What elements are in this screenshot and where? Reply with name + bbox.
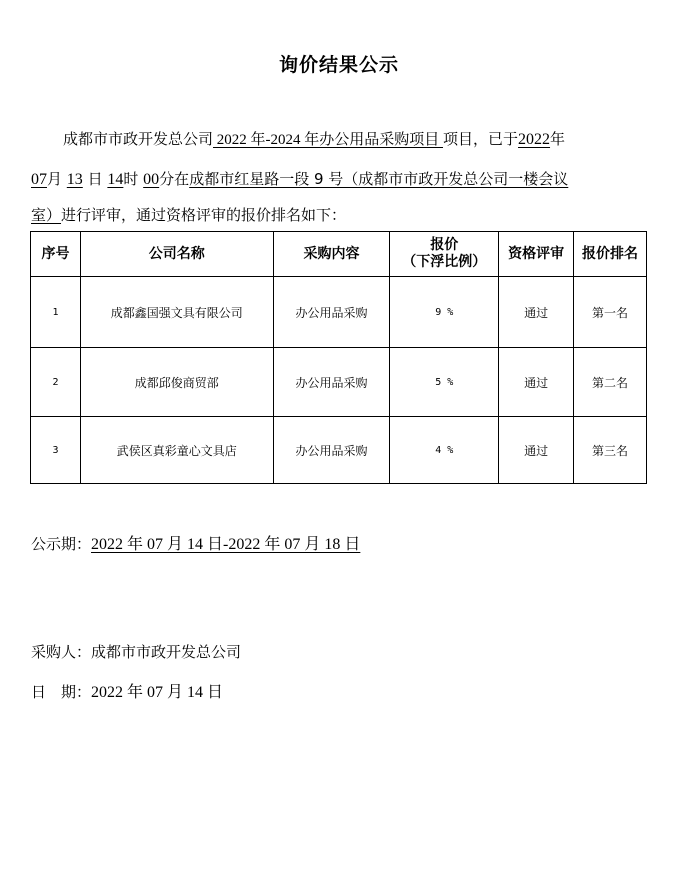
notice-period: 公示期：2022 年 07 月 14 日-2022 年 07 月 18 日 (31, 531, 360, 554)
document-date: 日 期：2022 年 07 月 14 日 (31, 679, 223, 702)
cell-qualification: 通过 (499, 277, 574, 348)
year-suffix: 年 (550, 130, 565, 148)
review-minute: 00 (143, 171, 159, 188)
header-qualification: 资格评审 (499, 232, 574, 277)
date-label: 日 期： (31, 683, 91, 701)
cell-price: 4 % (390, 417, 499, 484)
review-location-end: 室） (31, 206, 61, 224)
header-index: 序号 (31, 232, 81, 277)
header-rank: 报价排名 (574, 232, 647, 277)
intro-line-3: 室）进行评审，通过资格评审的报价排名如下： (31, 197, 346, 233)
cell-company: 成都邱俊商贸部 (80, 348, 273, 417)
purchaser-label: 采购人： (31, 643, 91, 661)
cell-price: 9 % (390, 277, 499, 348)
cell-index: 3 (31, 417, 81, 484)
table-row: 2 成都邱俊商贸部 办公用品采购 5 % 通过 第二名 (31, 348, 647, 417)
notice-period-label: 公示期： (31, 535, 91, 553)
header-price: 报价（下浮比例） (390, 232, 499, 277)
table-row: 3 武侯区真彩童心文具店 办公用品采购 4 % 通过 第三名 (31, 417, 647, 484)
hour-suffix: 时 (123, 170, 138, 188)
intro-text-end: 进行评审，通过资格评审的报价排名如下： (61, 206, 346, 224)
cell-content: 办公用品采购 (273, 277, 390, 348)
cell-content: 办公用品采购 (273, 348, 390, 417)
day-suffix: 日 (88, 170, 103, 188)
cell-qualification: 通过 (499, 348, 574, 417)
purchaser: 采购人：成都市市政开发总公司 (31, 641, 241, 662)
date-value: 2022 年 07 月 14 日 (91, 684, 223, 701)
header-content: 采购内容 (273, 232, 390, 277)
purchaser-value: 成都市市政开发总公司 (91, 643, 241, 661)
results-table: 序号 公司名称 采购内容 报价（下浮比例） 资格评审 报价排名 1 成都鑫国强文… (30, 231, 647, 484)
header-price-line1: 报价 (430, 237, 458, 253)
cell-index: 1 (31, 277, 81, 348)
review-year: 2022 (518, 131, 550, 148)
cell-content: 办公用品采购 (273, 417, 390, 484)
document-title: 询价结果公示 (0, 50, 678, 77)
review-hour: 14 (107, 171, 123, 188)
review-day: 13 (67, 171, 83, 188)
table-row: 1 成都鑫国强文具有限公司 办公用品采购 9 % 通过 第一名 (31, 277, 647, 348)
cell-company: 成都鑫国强文具有限公司 (80, 277, 273, 348)
intro-text: 项目，已于 (443, 130, 518, 148)
buyer-name: 成都市市政开发总公司 (63, 130, 213, 148)
header-price-line2: （下浮比例） (402, 254, 486, 270)
cell-qualification: 通过 (499, 417, 574, 484)
minute-suffix: 分在 (159, 170, 189, 188)
cell-rank: 第一名 (574, 277, 647, 348)
cell-company: 武侯区真彩童心文具店 (80, 417, 273, 484)
cell-rank: 第三名 (574, 417, 647, 484)
intro-line-1: 成都市市政开发总公司 2022 年-2024 年办公用品采购项目 项目，已于20… (63, 121, 565, 157)
table-header-row: 序号 公司名称 采购内容 报价（下浮比例） 资格评审 报价排名 (31, 232, 647, 277)
cell-index: 2 (31, 348, 81, 417)
review-month: 07 (31, 171, 47, 188)
project-name: 2022 年-2024 年办公用品采购项目 (213, 132, 443, 148)
notice-period-value: 2022 年 07 月 14 日-2022 年 07 月 18 日 (91, 536, 360, 553)
month-suffix: 月 (47, 170, 62, 188)
intro-line-2: 07月 13 日 14时 00分在成都市红星路一段 9 号（成都市市政开发总公司… (31, 161, 568, 197)
cell-rank: 第二名 (574, 348, 647, 417)
cell-price: 5 % (390, 348, 499, 417)
header-company: 公司名称 (80, 232, 273, 277)
review-location: 成都市红星路一段 9 号（成都市市政开发总公司一楼会议 (189, 170, 568, 188)
